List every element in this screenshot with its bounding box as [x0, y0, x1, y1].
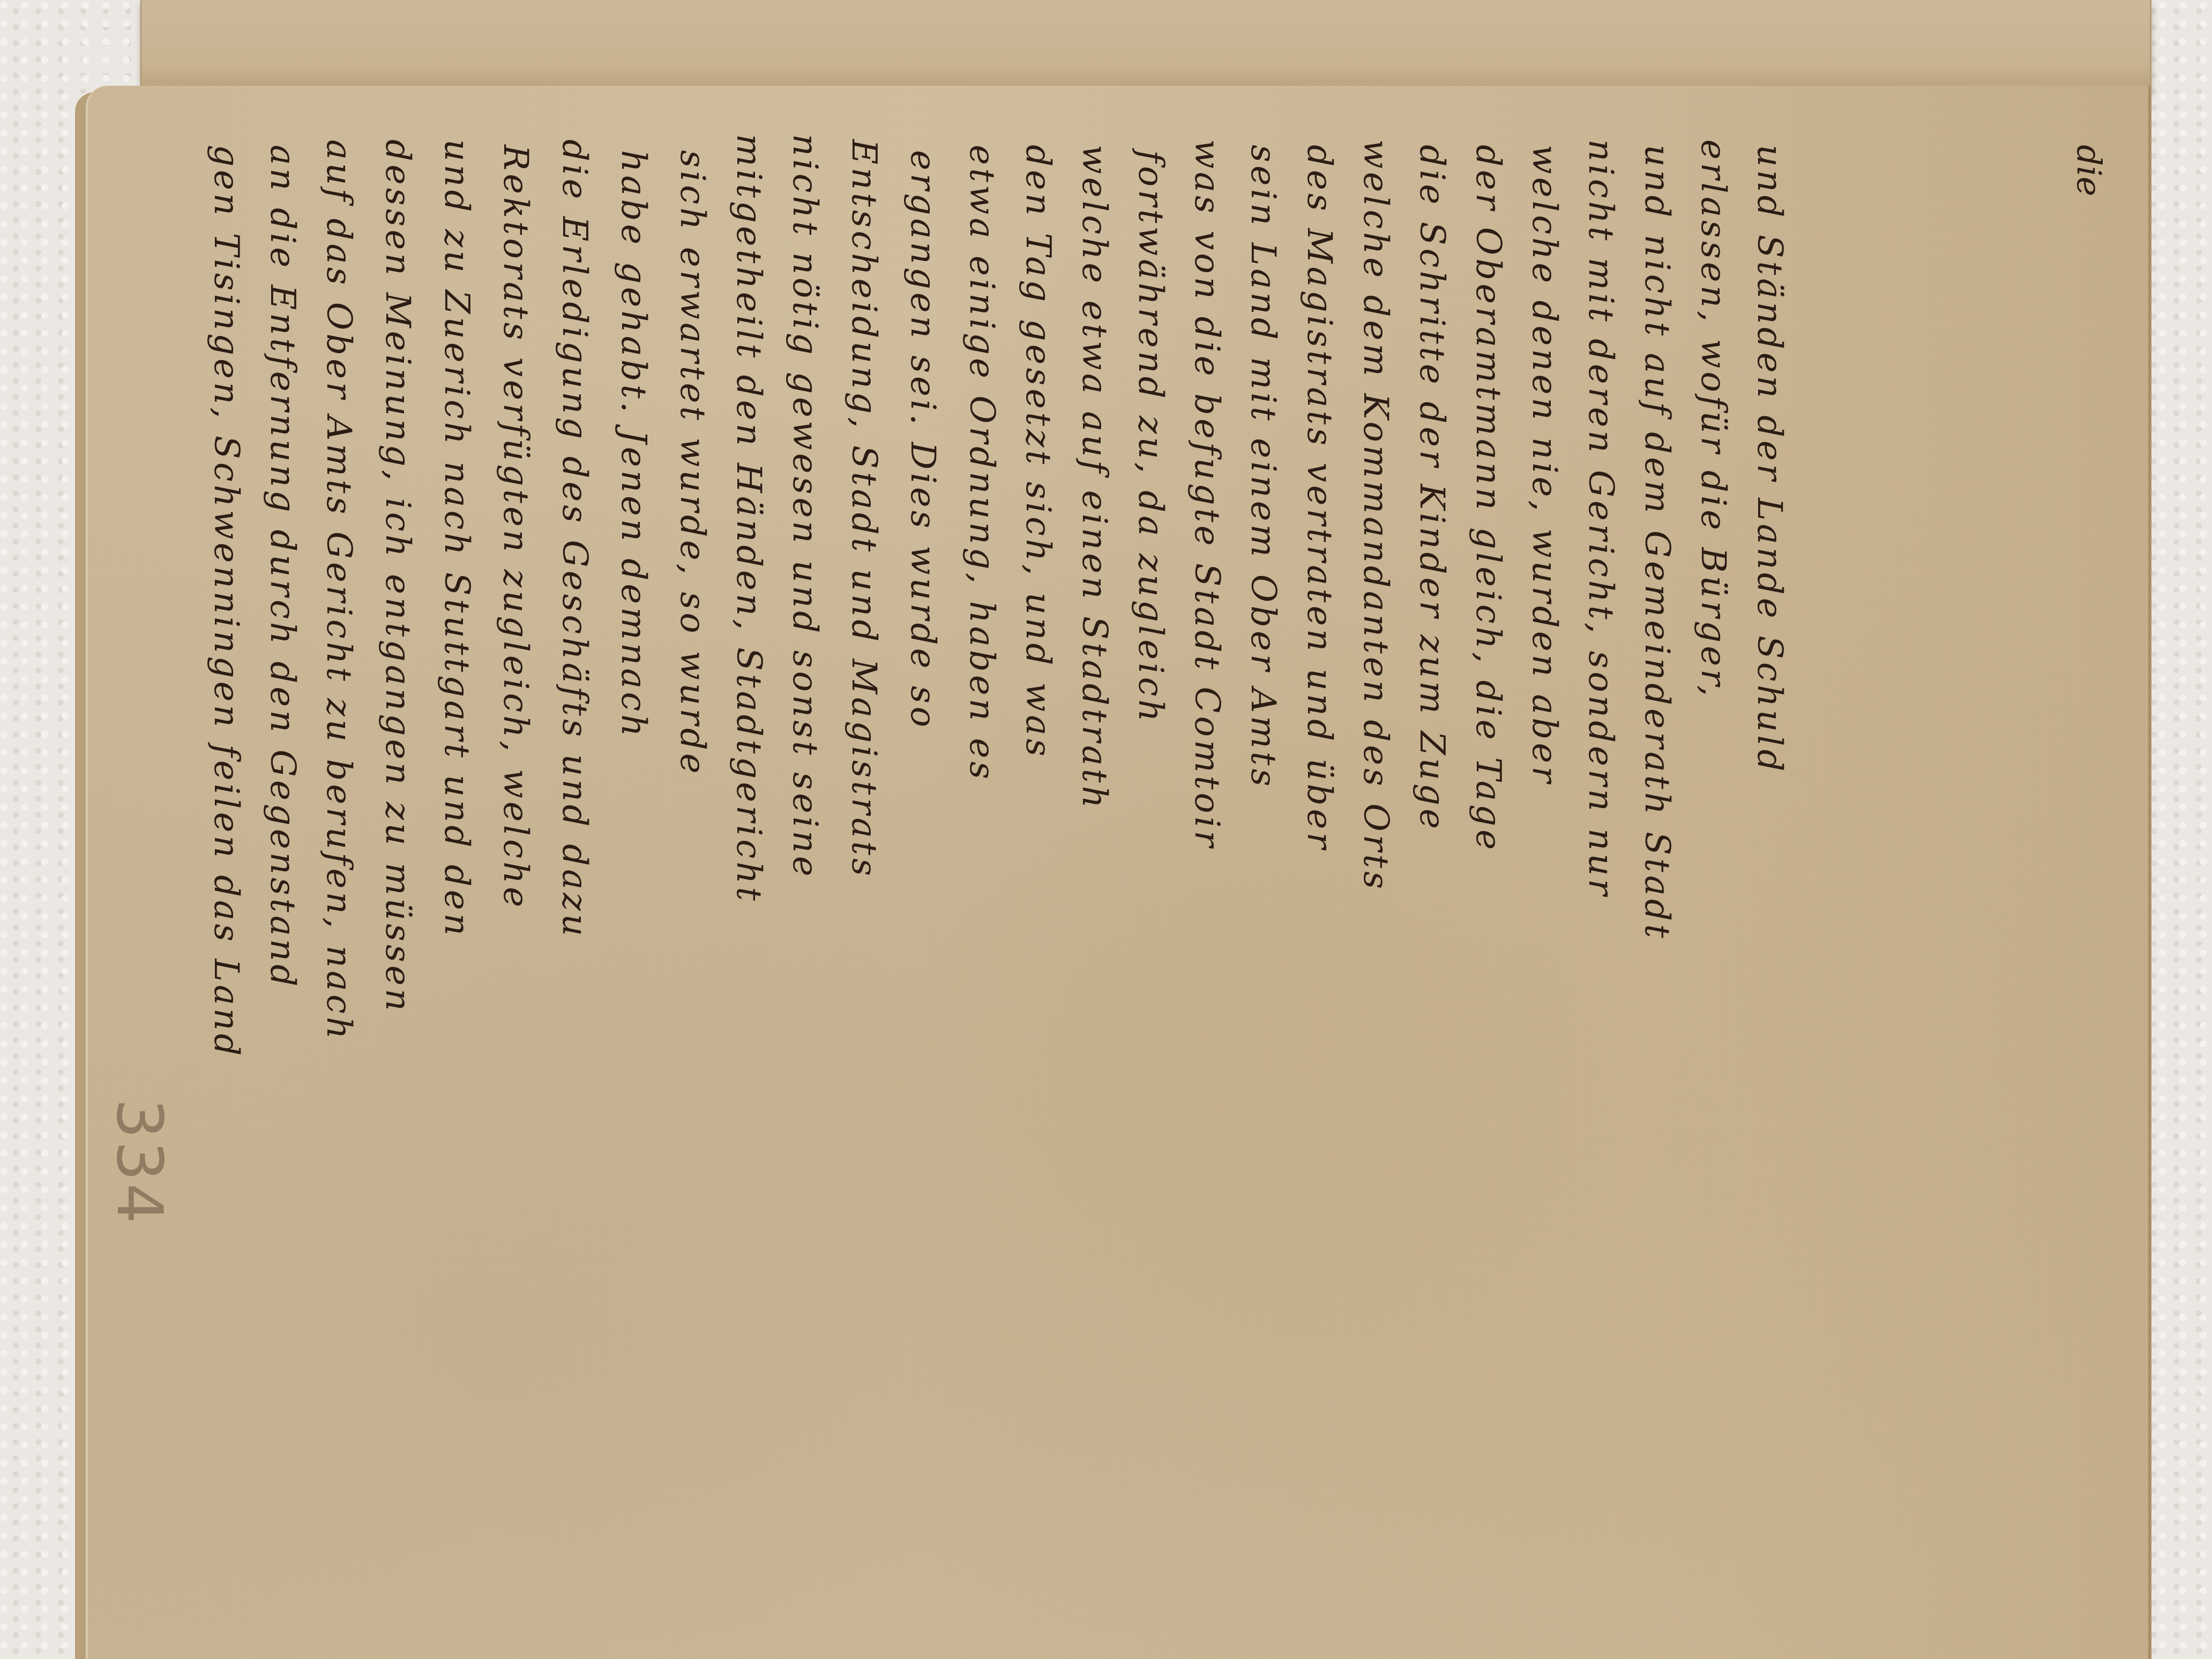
- manuscript-line: sich erwartet wurde, so wurde: [675, 150, 709, 777]
- manuscript-line: erlassen, wofür die Bürger,: [1696, 139, 1730, 699]
- manuscript-line: Rektorats verfügten zugleich, welche: [498, 145, 533, 910]
- manuscript-line: und Ständen der Lande Schuld: [1752, 145, 1787, 775]
- manuscript-line: Entscheidung, Stadt und Magistrats: [847, 139, 881, 879]
- manuscript-line: gen Tisingen, Schwenningen feilen das La…: [209, 145, 243, 1059]
- manuscript-line: den Tag gesetzt sich, und was: [1021, 145, 1055, 759]
- manuscript-page: gen Tisingen, Schwenningen feilen das La…: [86, 86, 2151, 1659]
- catchword: die: [2069, 145, 2109, 196]
- manuscript-line: nicht nötig gewesen und sonst seine: [788, 134, 822, 879]
- manuscript-line: etwa einige Ordnung, haben es: [965, 145, 999, 782]
- back-page-edge: [140, 0, 2151, 94]
- manuscript-line: welche denen nie, wurden aber: [1527, 145, 1561, 786]
- manuscript-line: die Erledigung des Geschäfts und dazu: [557, 139, 592, 939]
- manuscript-line: und zu Zuerich nach Stuttgart und den: [439, 139, 474, 939]
- manuscript-line: die Schritte der Kinder zum Zuge: [1415, 145, 1449, 832]
- manuscript-line: sein Land mit einem Ober Amts: [1246, 145, 1280, 789]
- manuscript-line: habe gehabt. Jenen demnach: [616, 150, 651, 739]
- manuscript-line: auf das Ober Amts Gericht zu berufen, na…: [322, 139, 356, 1042]
- manuscript-line: nicht mit deren Gericht, sondern nur: [1583, 139, 1618, 899]
- manuscript-line: dessen Meinung, ich entgangen zu müssen: [380, 139, 415, 1014]
- manuscript-line: was von die befugte Stadt Comtoir: [1190, 139, 1224, 850]
- manuscript-line: an die Entfernung durch den Gegenstand: [265, 145, 300, 990]
- manuscript-line: der Oberamtmann gleich, die Tage: [1471, 145, 1505, 853]
- manuscript-line: welche etwa auf einen Stadtrath: [1077, 145, 1111, 811]
- manuscript-line: fortwährend zu, da zugleich: [1133, 150, 1168, 725]
- manuscript-line: ergangen sei. Dies wurde so: [906, 150, 940, 730]
- manuscript-line: mitgetheilt den Händen, Stadtgericht: [731, 134, 766, 904]
- manuscript-line: welche dem Kommandanten des Orts: [1358, 139, 1393, 892]
- manuscript-line: des Magistrats vertraten und über: [1302, 145, 1336, 852]
- folio-number: 334: [103, 1098, 177, 1225]
- manuscript-line: und nicht auf dem Gemeinderath Stadt: [1640, 145, 1674, 941]
